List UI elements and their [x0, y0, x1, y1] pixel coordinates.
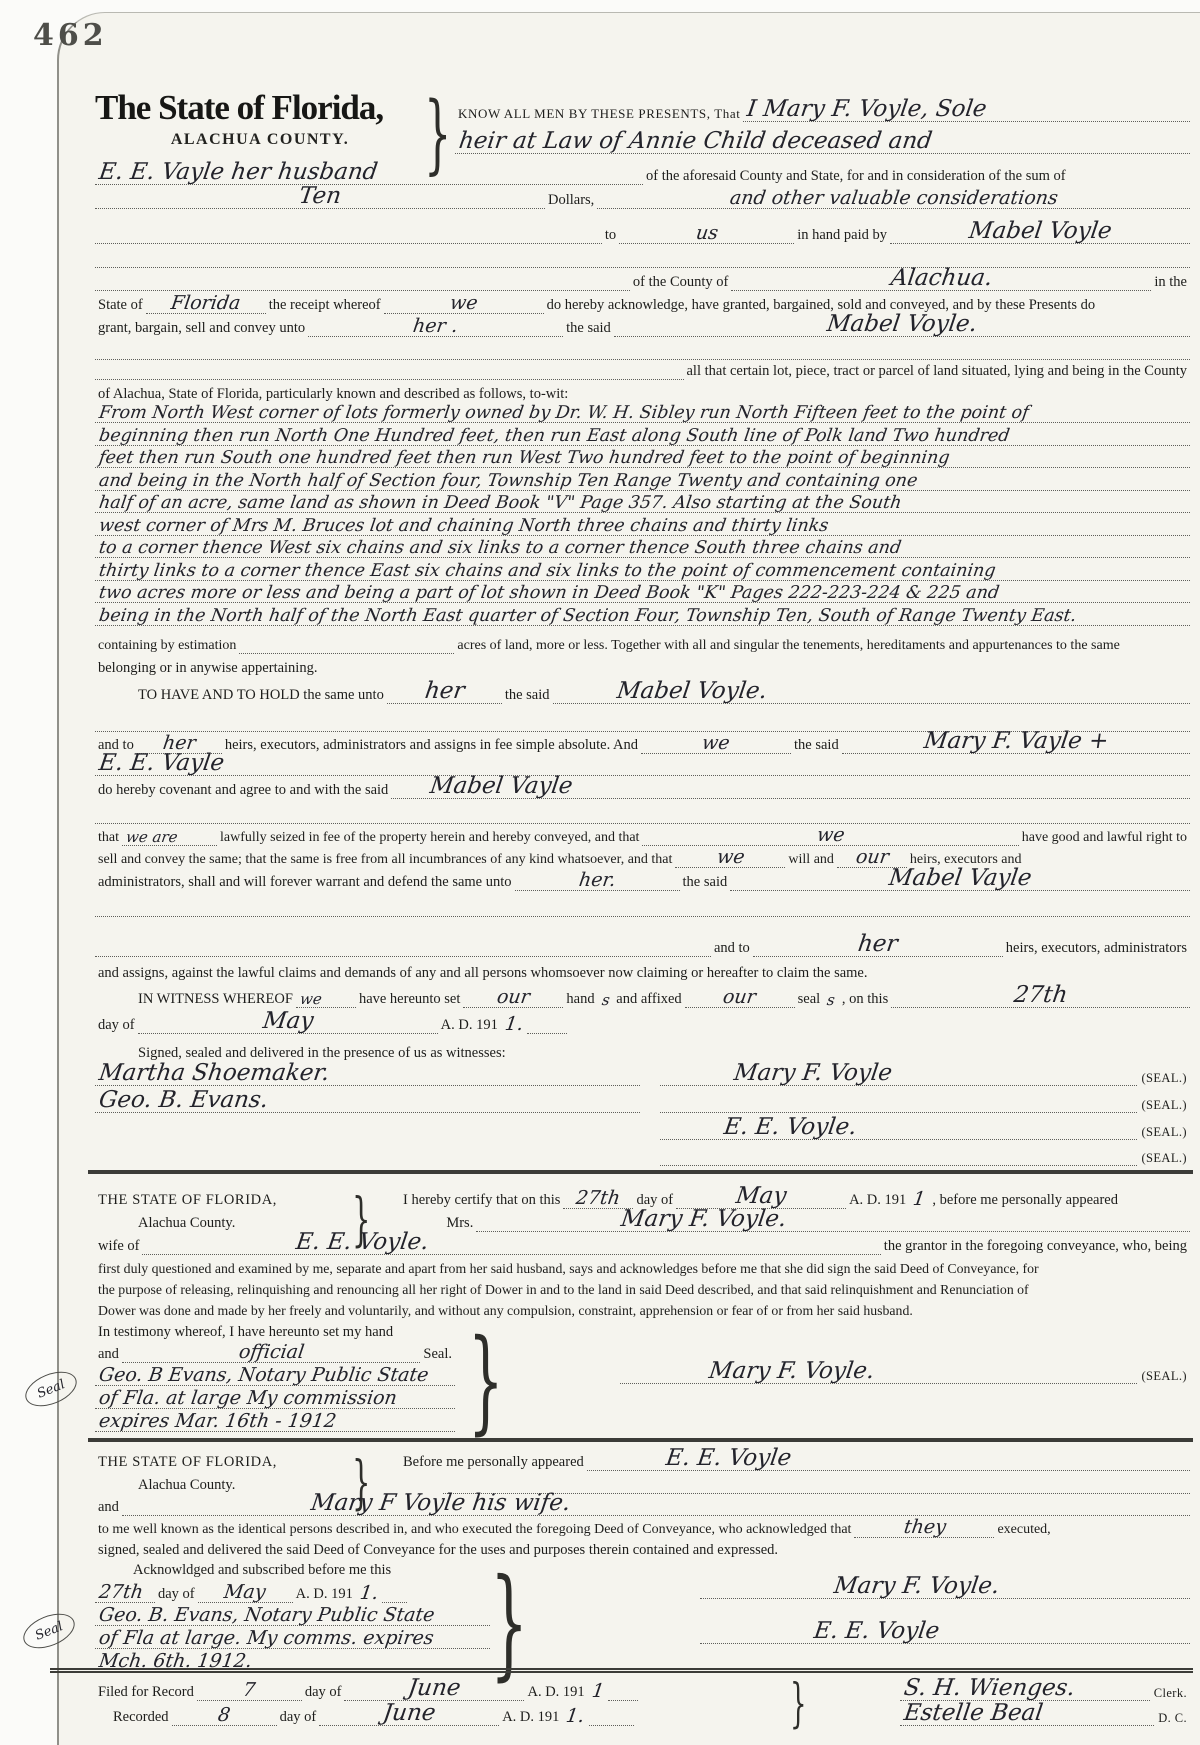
- c2-fill-n1: Geo. B. Evans, Notary Public State: [95, 1604, 490, 1626]
- print-on-this: , on this: [839, 991, 891, 1008]
- c1-hw-ee: E. E. Voyle.: [291, 1231, 435, 1254]
- print-county-of: of the County of: [630, 274, 731, 291]
- c1-notary-3: expires Mar. 16th - 1912: [95, 1410, 455, 1432]
- print-set: have hereunto set: [356, 991, 463, 1008]
- print-good-right: have good and lawful right to: [1019, 830, 1190, 846]
- description-line-10: being in the North half of the North Eas…: [95, 604, 1190, 626]
- fill-desc-4: and being in the North half of Section f…: [95, 469, 1190, 491]
- c1-fill-sig: Mary F. Voyle.: [620, 1362, 1137, 1384]
- c2-fill-n2: of Fla at large. My comms. expires: [95, 1627, 490, 1649]
- line-in-witness: IN WITNESS WHEREOF we have hereunto set …: [135, 986, 1190, 1008]
- hw-we-2: we: [697, 734, 735, 753]
- fill-blank-2: [95, 246, 1190, 268]
- c1-hw-27th: 27th: [571, 1189, 626, 1208]
- description-line-5: half of an acre, same land as shown in D…: [95, 491, 1190, 513]
- line-state-of: State of Florida the receipt whereof we …: [95, 292, 1190, 314]
- fill-we-5: we: [296, 986, 356, 1008]
- hw-desc-5: half of an acre, same land as shown in D…: [94, 495, 907, 513]
- c1-official-seal: and official Seal.: [95, 1341, 455, 1363]
- line-witness-1: Martha Shoemaker.: [95, 1064, 640, 1086]
- hw-our-2: our: [492, 988, 535, 1007]
- c2-hw-they: they: [898, 1518, 951, 1537]
- print-in-hand: in hand paid by: [794, 227, 890, 244]
- c1-ad-191: A. D. 191: [846, 1192, 909, 1209]
- hw-filed-month: June: [403, 1677, 467, 1700]
- description-line-9: two acres more or less and being a part …: [95, 581, 1190, 603]
- c2-signed-line: signed, sealed and delivered the said De…: [95, 1537, 1190, 1559]
- fill-considerations: and other valuable considerations: [597, 187, 1190, 209]
- print-recorded: Recorded: [110, 1709, 172, 1726]
- line-seal-4: (SEAL.): [660, 1144, 1190, 1166]
- print-day-of: day of: [95, 1017, 138, 1034]
- hw-desc-8: thirty links to a corner thence East six…: [94, 563, 1001, 581]
- fill-blank-7: [95, 802, 1190, 824]
- c2-known-line: to me well known as the identical person…: [95, 1516, 1190, 1538]
- fill-blank-10: [527, 1012, 567, 1034]
- hw-her-2: her: [419, 680, 470, 703]
- hw-year: 1.: [500, 1015, 529, 1034]
- c2-fill-they: they: [854, 1516, 994, 1538]
- print-in-witness: IN WITNESS WHEREOF: [135, 991, 296, 1008]
- c2-hw-signature-ee: E. E. Voyle: [808, 1620, 944, 1643]
- print-containing: containing by estimation: [95, 638, 239, 654]
- print-will-and: will and: [785, 852, 837, 868]
- description-line-8: thirty links to a corner thence East six…: [95, 559, 1190, 581]
- section-rule-1: [88, 1170, 1193, 1174]
- fill-desc-8: thirty links to a corner thence East six…: [95, 559, 1190, 581]
- c2-hw-ee: E. E. Voyle: [660, 1447, 796, 1470]
- fill-we-2: we: [641, 732, 791, 754]
- fill-desc-5: half of an acre, same land as shown in D…: [95, 491, 1190, 513]
- section-rule-3: [50, 1668, 1193, 1670]
- print-administrators: administrators, shall and will forever w…: [95, 874, 515, 891]
- c2-executed: executed,: [994, 1522, 1053, 1538]
- print-in-the: in the: [1151, 274, 1190, 291]
- line-know-all: KNOW ALL MEN BY THESE PRESENTS, That I M…: [455, 100, 1190, 122]
- c2-signature-1: Mary F. Voyle.: [700, 1577, 1190, 1599]
- hw-desc-9: two acres more or less and being a part …: [94, 585, 1004, 603]
- fill-blank-3: [95, 269, 630, 291]
- line-blank-rule-5: [95, 895, 1190, 917]
- c2-known: to me well known as the identical person…: [95, 1522, 854, 1538]
- line-paid-by: to us in hand paid by Mabel Voyle: [95, 222, 1190, 244]
- print-covenant: do hereby covenant and agree to and with…: [95, 782, 391, 799]
- hw-filed-year: 1: [586, 1682, 609, 1701]
- print-seized: lawfully seized in fee of the property h…: [217, 830, 642, 846]
- c1-hw-year: 1: [908, 1190, 931, 1209]
- c2-hw-signature-mary: Mary F. Voyle.: [828, 1575, 1004, 1598]
- c1-testimony: In testimony whereof, I have hereunto se…: [95, 1319, 455, 1341]
- hw-our-1: our: [850, 848, 893, 867]
- line-day-of: day of May A. D. 191 1.: [95, 1012, 700, 1034]
- print-seal-word: seal: [795, 991, 824, 1008]
- fill-witness-2: Geo. B. Evans.: [95, 1091, 640, 1113]
- dc-line: Estelle Beal D. C.: [900, 1704, 1190, 1726]
- c1-par-2: the purpose of releasing, relinquishing …: [95, 1276, 1190, 1298]
- fill-sig-mary: Mary F. Voyle: [660, 1064, 1137, 1086]
- c1-hw-official: official: [233, 1343, 309, 1362]
- line-all-that: all that certain lot, piece, tract or pa…: [95, 358, 1190, 380]
- c2-fill-27th: 27th: [95, 1581, 155, 1603]
- c1-fill-ee: E. E. Voyle.: [142, 1233, 880, 1255]
- c1-notary-2: of Fla. at large My commission: [95, 1387, 455, 1409]
- fill-we-3: we: [642, 824, 1018, 846]
- hw-27th: 27th: [1008, 984, 1073, 1007]
- hw-we-1: we: [445, 294, 483, 313]
- c2-fill-ee: E. E. Voyle: [587, 1449, 1190, 1471]
- fill-grantee-1: Mabel Voyle.: [614, 315, 1190, 337]
- fill-filed-day: 7: [197, 1679, 302, 1701]
- c2-notary-2: of Fla at large. My comms. expires: [95, 1627, 490, 1649]
- hw-desc-7: to a corner thence West six chains and s…: [94, 540, 906, 558]
- c1-par-1: first duly questioned and examined by me…: [95, 1255, 1190, 1277]
- c2-ad-191: A. D. 191: [293, 1586, 356, 1603]
- c2-county: Alachua County.: [135, 1477, 238, 1494]
- line-containing: containing by estimation acres of land, …: [95, 632, 1190, 654]
- line-blank-rule-2: [95, 338, 1190, 360]
- print-aforesaid: of the aforesaid County and State, for a…: [643, 168, 1069, 185]
- c2-line-2: Alachua County.: [135, 1472, 1190, 1494]
- print-dc: D. C.: [1154, 1711, 1190, 1726]
- print-dollars: Dollars,: [545, 192, 597, 209]
- fill-rec-day: 8: [172, 1704, 277, 1726]
- hw-grantor-1: I Mary F. Voyle, Sole: [742, 98, 993, 121]
- line-county-of: of the County of Alachua. in the: [95, 269, 1190, 291]
- c1-and: and: [95, 1346, 122, 1363]
- c1-par2-text: the purpose of releasing, relinquishing …: [95, 1282, 1032, 1298]
- c2-hw-seal-circle: Seal: [30, 1618, 69, 1644]
- c2-ack-line: Acknowldged and subscribed before me thi…: [130, 1557, 490, 1579]
- hw-rec-year: 1.: [561, 1707, 590, 1726]
- c1-testimony-text: In testimony whereof, I have hereunto se…: [95, 1324, 396, 1341]
- print-state-of: State of: [95, 297, 146, 314]
- fill-her-1: her .: [308, 315, 563, 337]
- print-seal-label-4: (SEAL.): [1137, 1151, 1190, 1166]
- c1-seal-word: Seal.: [420, 1346, 455, 1363]
- print-the-said-4: the said: [680, 874, 731, 891]
- line-dollars: Ten Dollars, and other valuable consider…: [95, 187, 1190, 209]
- line-blank-rule-1: [95, 246, 1190, 268]
- print-receipt: the receipt whereof: [266, 297, 384, 314]
- line-seal-3: E. E. Voyle. (SEAL.): [660, 1118, 1190, 1140]
- hw-grantee-1: Mabel Voyle.: [821, 313, 982, 336]
- page-number: 462: [33, 18, 108, 53]
- print-seal-label-3: (SEAL.): [1137, 1125, 1190, 1140]
- fill-county: Alachua.: [731, 269, 1151, 291]
- hw-amount: Ten: [293, 185, 346, 208]
- hw-state: Florida: [166, 294, 246, 313]
- print-ad-2: A. D. 191: [499, 1709, 562, 1726]
- hw-clerk-signature: S. H. Wienges.: [898, 1677, 1080, 1700]
- line-witness-label: Signed, sealed and delivered in the pres…: [135, 1040, 835, 1062]
- fill-desc-2: beginning then run North One Hundred fee…: [95, 424, 1190, 446]
- line-of-alachua: of Alachua, State of Florida, particular…: [95, 381, 1190, 403]
- print-grant: grant, bargain, sell and convey unto: [95, 320, 308, 337]
- c1-hw-signature: Mary F. Voyle.: [703, 1360, 879, 1383]
- print-know-all: KNOW ALL MEN BY THESE PRESENTS, That: [455, 106, 743, 122]
- c2-hw-27th: 27th: [94, 1583, 149, 1602]
- fill-blank-8: [95, 895, 1190, 917]
- c1-fill-n1: Geo. B Evans, Notary Public State: [95, 1364, 455, 1386]
- hw-s-2: s: [822, 993, 840, 1008]
- fill-blank-f1: [608, 1679, 638, 1701]
- c2-hw-notary-2: of Fla at large. My comms. expires: [94, 1629, 439, 1648]
- print-day-of-2: day of: [277, 1709, 320, 1726]
- fill-desc-6: west corner of Mrs M. Bruces lot and cha…: [95, 514, 1190, 536]
- c2-fill-mary-wife: Mary F Voyle his wife.: [122, 1494, 1190, 1516]
- c2-ack-brace: }: [490, 1554, 528, 1693]
- print-belonging: belonging or in anywise appertaining.: [95, 660, 320, 677]
- c2-hw-notary-1: Geo. B. Evans, Notary Public State: [94, 1606, 440, 1625]
- hw-filed-day: 7: [238, 1681, 261, 1700]
- hw-desc-4: and being in the North half of Section f…: [94, 473, 923, 491]
- print-sell: sell and convey the same; that the same …: [95, 852, 675, 868]
- hw-grantee-4: Mabel Vayle: [883, 867, 1037, 890]
- c2-fill-may: May: [198, 1581, 293, 1603]
- line-fee-simple: and to her heirs, executors, administrat…: [95, 732, 1190, 754]
- c2-line-1: THE STATE OF FLORIDA, Before me personal…: [95, 1449, 1190, 1471]
- line-and-to-heirs: and to her heirs, executors, administrat…: [95, 935, 1190, 957]
- description-line-2: beginning then run North One Hundred fee…: [95, 424, 1190, 446]
- line-belonging: belonging or in anywise appertaining.: [95, 655, 1190, 677]
- c1-par3-text: Dower was done and made by her freely an…: [95, 1303, 916, 1319]
- description-line-4: and being in the North half of Section f…: [95, 469, 1190, 491]
- fill-we-are: we are: [122, 824, 217, 846]
- c1-signature-line: Mary F. Voyle. (SEAL.): [620, 1362, 1190, 1384]
- fill-her-2: her: [387, 682, 502, 704]
- c1-seal-label: (SEAL.): [1137, 1369, 1190, 1384]
- hw-may: May: [257, 1010, 318, 1033]
- description-line-6: west corner of Mrs M. Bruces lot and cha…: [95, 514, 1190, 536]
- c1-wife-of: wife of: [95, 1238, 142, 1255]
- recorded-line: Recorded 8 day of June A. D. 191 1.: [110, 1704, 785, 1726]
- print-ad-191: A. D. 191: [438, 1017, 501, 1034]
- fill-desc-1: From North West corner of lots formerly …: [95, 401, 1190, 423]
- description-line-7: to a corner thence West six chains and s…: [95, 536, 1190, 558]
- print-the-said-2: the said: [502, 687, 553, 704]
- hw-our-3: our: [718, 988, 761, 1007]
- print-clerk: Clerk.: [1150, 1686, 1190, 1701]
- hw-grantee-2: Mabel Voyle.: [611, 680, 772, 703]
- fill-payer: Mabel Voyle: [890, 222, 1190, 244]
- line-covenant: do hereby covenant and agree to and with…: [95, 777, 1190, 799]
- hw-her-4: her.: [573, 871, 620, 890]
- clerk-line: S. H. Wienges. Clerk.: [900, 1679, 1190, 1701]
- print-heirs-3: heirs, executors, administrators: [1003, 940, 1190, 957]
- hw-desc-3: feet then run South one hundred feet the…: [94, 450, 955, 468]
- print-assigns: and assigns, against the lawful claims a…: [95, 965, 870, 982]
- print-the-said-3: the said: [791, 737, 842, 754]
- fill-seal-2: [660, 1091, 1137, 1113]
- hw-husband: E. E. Vayle her husband: [93, 161, 383, 184]
- hw-her-5: her: [852, 933, 903, 956]
- c1-par1-text: first duly questioned and examined by me…: [95, 1261, 1042, 1277]
- fill-grantor-names: Mary F. Vayle +: [842, 732, 1190, 754]
- c2-hw-year: 1.: [355, 1584, 384, 1603]
- print-to-have: TO HAVE AND TO HOLD the same unto: [135, 687, 387, 704]
- print-day-of-1: day of: [302, 1684, 345, 1701]
- c1-line-3: wife of E. E. Voyle. the grantor in the …: [95, 1233, 1190, 1255]
- fill-her-5: her: [753, 935, 1003, 957]
- fill-desc-7: to a corner thence West six chains and s…: [95, 536, 1190, 558]
- fill-blank-f2: [589, 1704, 634, 1726]
- description-line-1: From North West corner of lots formerly …: [95, 401, 1190, 423]
- fill-seal-4: [660, 1144, 1137, 1166]
- c1-hw-mary: Mary F. Voyle.: [615, 1208, 791, 1231]
- hw-rec-month: June: [377, 1702, 441, 1725]
- hw-signature-mary: Mary F. Voyle: [728, 1062, 897, 1085]
- fill-we-4: we: [675, 846, 785, 868]
- c1-hw-may: May: [730, 1185, 791, 1208]
- hw-desc-10: being in the North half of the North Eas…: [94, 608, 1082, 626]
- fill-grantee-4: Mabel Vayle: [730, 869, 1190, 891]
- c2-fill-blank-2: [382, 1581, 407, 1603]
- hw-we-are: we are: [121, 830, 183, 845]
- line-assigns: and assigns, against the lawful claims a…: [95, 960, 1190, 982]
- line-seized: that we are lawfully seized in fee of th…: [95, 824, 1190, 846]
- hw-witness-1: Martha Shoemaker.: [93, 1062, 334, 1085]
- print-the-said-1: the said: [563, 320, 614, 337]
- print-to: to: [602, 227, 619, 244]
- fill-heir: heir at Law of Annie Child deceased and: [455, 132, 1190, 154]
- description-line-3: feet then run South one hundred feet the…: [95, 446, 1190, 468]
- fill-rec-month: June: [319, 1704, 499, 1726]
- c2-fill-sig-1: Mary F. Voyle.: [700, 1577, 1190, 1599]
- line-heir: heir at Law of Annie Child deceased and: [455, 132, 1190, 154]
- hw-her-1: her .: [408, 317, 463, 336]
- hw-we-3: we: [812, 826, 850, 845]
- hw-s-1: s: [597, 993, 615, 1008]
- fill-grantee-2: Mabel Voyle.: [553, 682, 1190, 704]
- c2-ack: Acknowldged and subscribed before me thi…: [130, 1562, 394, 1579]
- print-acres: acres of land, more or less. Together wi…: [454, 638, 1122, 654]
- hw-signature-ee: E. E. Voyle.: [718, 1116, 862, 1139]
- c1-hw-notary-3: expires Mar. 16th - 1912: [94, 1412, 342, 1431]
- c1-state: THE STATE OF FLORIDA,: [95, 1192, 280, 1209]
- hw-desc-2: beginning then run North One Hundred fee…: [94, 428, 1015, 446]
- hw-we-4: we: [711, 848, 749, 867]
- fill-blank-9: [95, 935, 711, 957]
- c2-line-3: and Mary F Voyle his wife.: [95, 1494, 1190, 1516]
- c2-state: THE STATE OF FLORIDA,: [95, 1454, 280, 1471]
- fill-desc-3: feet then run South one hundred feet the…: [95, 446, 1190, 468]
- fill-to: us: [619, 222, 794, 244]
- c2-hw-mary-wife: Mary F Voyle his wife.: [305, 1492, 575, 1515]
- c1-fill-mary: Mary F. Voyle.: [476, 1210, 1190, 1232]
- c1-fill-official: official: [122, 1341, 420, 1363]
- fill-may: May: [138, 1012, 438, 1034]
- print-all-that: all that certain lot, piece, tract or pa…: [684, 363, 1191, 380]
- c1-before: , before me personally appeared: [929, 1192, 1121, 1209]
- c1-notary-1: Geo. B Evans, Notary Public State: [95, 1364, 455, 1386]
- c1-hw-seal-circle: Seal: [32, 1376, 71, 1402]
- print-ad-1: A. D. 191: [524, 1684, 587, 1701]
- line-to-have: TO HAVE AND TO HOLD the same unto her th…: [135, 682, 1190, 704]
- c1-hw-notary-1: Geo. B Evans, Notary Public State: [94, 1366, 434, 1385]
- county-heading: ALACHUA COUNTY.: [95, 131, 425, 149]
- hw-considerations: and other valuable considerations: [724, 189, 1062, 208]
- line-witness-2: Geo. B. Evans.: [95, 1091, 640, 1113]
- print-and-affixed: and affixed: [613, 991, 684, 1008]
- fill-grantee-3: Mabel Vayle: [391, 777, 1190, 799]
- c1-mrs: Mrs.: [443, 1215, 476, 1232]
- fill-witness-1: Martha Shoemaker.: [95, 1064, 640, 1086]
- line-seal-1: Mary F. Voyle (SEAL.): [660, 1064, 1190, 1086]
- c2-date-line: 27th day of May A. D. 191 1.: [95, 1581, 490, 1603]
- fill-amount: Ten: [95, 187, 545, 209]
- fill-our-2: our: [463, 986, 563, 1008]
- fill-filed-month: June: [344, 1679, 524, 1701]
- hw-rec-day: 8: [213, 1706, 236, 1725]
- fill-ee-vayle: E. E. Vayle: [95, 754, 1190, 776]
- print-that: that: [95, 830, 122, 846]
- fill-blank-1: [95, 222, 602, 244]
- hw-payer: Mabel Voyle: [963, 220, 1117, 243]
- hw-grantee-3: Mabel Vayle: [425, 775, 579, 798]
- print-hand: hand: [563, 991, 597, 1008]
- line-blank-rule-4: [95, 802, 1190, 824]
- hw-witness-2: Geo. B. Evans.: [93, 1089, 273, 1112]
- fill-husband: E. E. Vayle her husband: [95, 163, 643, 185]
- hw-desc-1: From North West corner of lots formerly …: [94, 405, 1034, 423]
- fill-grantor: I Mary F. Voyle, Sole: [743, 100, 1190, 122]
- line-grant: grant, bargain, sell and convey unto her…: [95, 315, 1190, 337]
- c2-signature-2: E. E. Voyle: [700, 1622, 1190, 1644]
- line-ee-vayle: E. E. Vayle: [95, 754, 1190, 776]
- form-title: The State of Florida,: [95, 88, 425, 128]
- hw-dc-signature: Estelle Beal: [898, 1702, 1048, 1725]
- c2-and: and: [95, 1499, 122, 1516]
- print-seal-label-1: (SEAL.): [1137, 1071, 1190, 1086]
- c2-day-of: day of: [155, 1586, 198, 1603]
- hw-desc-6: west corner of Mrs M. Bruces lot and cha…: [94, 518, 834, 536]
- fill-desc-9: two acres more or less and being a part …: [95, 581, 1190, 603]
- fill-blank-5: [95, 358, 684, 380]
- line-husband: E. E. Vayle her husband of the aforesaid…: [95, 163, 1190, 185]
- c1-fill-n2: of Fla. at large My commission: [95, 1387, 455, 1409]
- footer-brace: }: [790, 1674, 807, 1734]
- hw-ee-vayle: E. E. Vayle: [93, 752, 229, 775]
- c1-line-2: Alachua County. Mrs. Mary F. Voyle.: [135, 1210, 1190, 1232]
- hw-we-5: we: [295, 992, 327, 1007]
- hw-grantor-names: Mary F. Vayle +: [918, 730, 1114, 753]
- c2-hw-may: May: [219, 1583, 271, 1602]
- print-and-to-2: and to: [711, 940, 753, 957]
- line-warrant: administrators, shall and will forever w…: [95, 869, 1190, 891]
- hw-grantor-2: heir at Law of Annie Child deceased and: [453, 130, 937, 153]
- c1-grantor: the grantor in the foregoing conveyance,…: [881, 1238, 1190, 1255]
- fill-we-1: we: [384, 292, 544, 314]
- hw-county: Alachua.: [885, 267, 997, 290]
- fill-27th: 27th: [891, 986, 1190, 1008]
- fill-state: Florida: [146, 292, 266, 314]
- fill-blank-4: [95, 338, 1190, 360]
- filed-line: Filed for Record 7 day of June A. D. 191…: [95, 1679, 785, 1701]
- section-rule-2: [88, 1438, 1193, 1442]
- c1-hw-notary-2: of Fla. at large My commission: [94, 1389, 402, 1408]
- c1-par-3: Dower was done and made by her freely an…: [95, 1297, 1190, 1319]
- c1-county: Alachua County.: [135, 1215, 238, 1232]
- print-acknowledge: do hereby acknowledge, have granted, bar…: [544, 297, 1099, 314]
- fill-our-3: our: [685, 986, 795, 1008]
- print-seal-label-2: (SEAL.): [1137, 1098, 1190, 1113]
- line-seal-2: (SEAL.): [660, 1091, 1190, 1113]
- fill-desc-10: being in the North half of the North Eas…: [95, 604, 1190, 626]
- c2-fill-sig-2: E. E. Voyle: [700, 1622, 1190, 1644]
- c1-testimony-brace: }: [468, 1316, 504, 1446]
- print-filed: Filed for Record: [95, 1684, 197, 1701]
- c1-fill-n3: expires Mar. 16th - 1912: [95, 1410, 455, 1432]
